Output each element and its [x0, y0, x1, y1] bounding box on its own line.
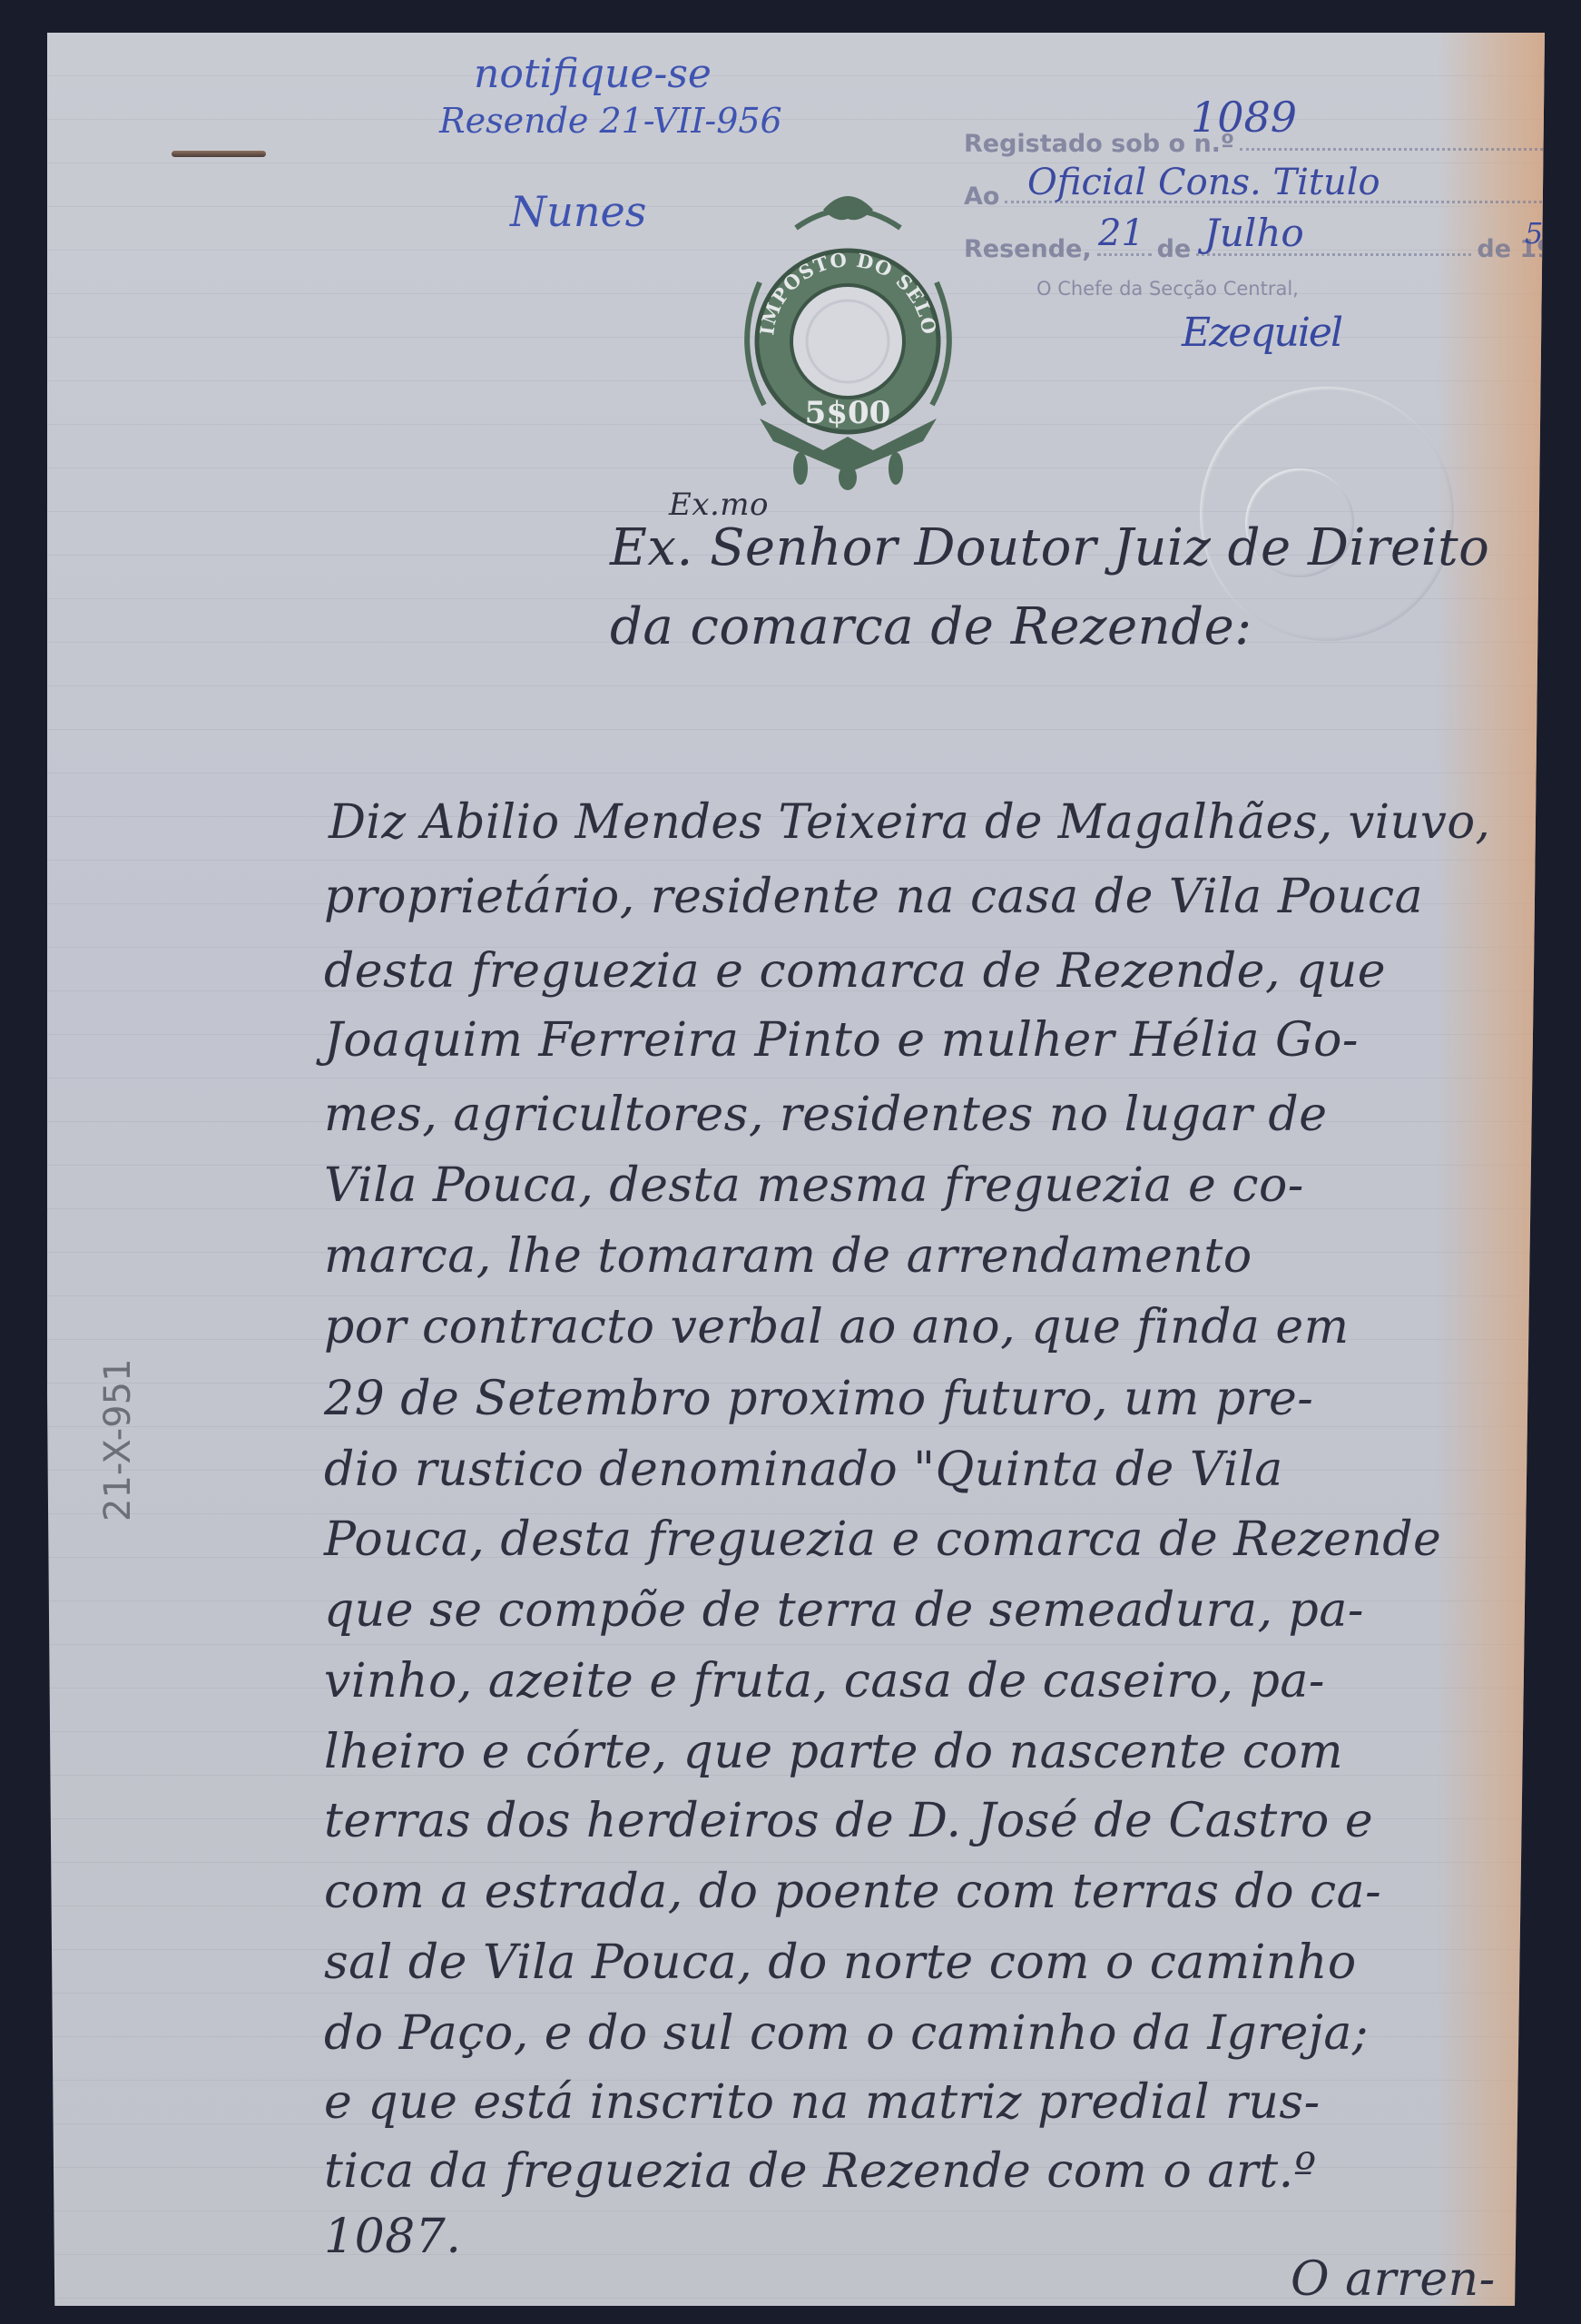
chief-signature: Ezequiel: [1182, 310, 1341, 356]
body-line: terras dos herdeiros de D. José de Castr…: [324, 1794, 1373, 1848]
month-value: Julho: [1204, 211, 1304, 255]
to-value: Oficial Cons. Titulo: [1027, 162, 1380, 203]
body-line: 1087.: [324, 2210, 461, 2264]
body-line: Joaquim Ferreira Pinto e mulher Hélia Go…: [324, 1013, 1359, 1068]
margin-date-note: 21-X-951: [97, 1358, 139, 1521]
body-line: por contracto verbal ao ano, que finda e…: [324, 1300, 1350, 1354]
continuation-word: O arren-: [1291, 2252, 1496, 2307]
body-line: sal de Vila Pouca, do norte com o caminh…: [324, 1935, 1357, 1990]
body-line: marca, lhe tomaram de arrendamento: [324, 1229, 1252, 1284]
body-line: lheiro e córte, que parte do nascente co…: [324, 1725, 1343, 1779]
body-line: com a estrada, do poente com terras do c…: [324, 1865, 1381, 1919]
chief-label: O Chefe da Secção Central,: [1036, 278, 1299, 300]
body-line: Vila Pouca, desta mesma freguezia e co-: [324, 1158, 1304, 1213]
salutation-line-1: Ex. Senhor Doutor Juiz de Direito: [610, 518, 1489, 577]
body-line: vinho, azeite e fruta, casa de caseiro, …: [324, 1654, 1325, 1709]
body-line: mes, agricultores, residentes no lugar d…: [324, 1088, 1328, 1142]
salutation-prefix: Ex.mo: [669, 487, 769, 523]
body-line: tica da freguezia de Rezende com o art.º: [324, 2144, 1317, 2199]
notation-line-2: Resende 21-VII-956: [439, 101, 782, 141]
registration-date-row: Resende, de de 19 21 Julho 56: [964, 211, 1554, 263]
notation-line-1: notifique-se: [474, 51, 712, 97]
registration-stamp: Registado sob o n.º 1089 Ao Oficial Cons…: [964, 105, 1554, 263]
to-label: Ao: [964, 182, 999, 211]
body-line: proprietário, residente na casa de Vila …: [324, 870, 1423, 924]
stamp-emblem-icon: IMPOSTO DO SELO 5$00: [723, 182, 973, 491]
day-value: 21: [1098, 212, 1144, 254]
body-line: e que está inscrito na matriz predial ru…: [324, 2075, 1321, 2130]
notation-line-3: Nunes: [510, 187, 646, 236]
body-line: Pouca, desta freguezia e comarca de Reze…: [324, 1512, 1441, 1567]
document-page: notifique-se Resende 21-VII-956 Nunes IM…: [47, 33, 1545, 2306]
body-line: desta freguezia e comarca de Rezende, qu…: [324, 944, 1386, 999]
registration-to-row: Ao Oficial Cons. Titulo: [964, 158, 1554, 211]
registration-number-row: Registado sob o n.º 1089: [964, 105, 1554, 158]
body-line: que se compõe de terra de semeadura, pa-: [324, 1583, 1364, 1638]
body-line: 29 de Setembro proximo futuro, um pre-: [324, 1372, 1313, 1426]
place-label: Resende,: [964, 235, 1092, 263]
body-line: dio rustico denominado "Quinta de Vila: [324, 1443, 1283, 1497]
de-label: de: [1157, 235, 1192, 263]
body-line: do Paço, e do sul com o caminho da Igrej…: [324, 2006, 1369, 2061]
salutation-line-2: da comarca de Rezende:: [610, 597, 1252, 656]
body-line: Diz Abilio Mendes Teixeira de Magalhães,…: [329, 795, 1490, 850]
svg-text:5$00: 5$00: [805, 395, 891, 431]
binding-mark: [172, 151, 266, 157]
registered-number: 1089: [1191, 93, 1297, 142]
revenue-stamp: IMPOSTO DO SELO 5$00 IMPOSTO DO SELO: [723, 182, 973, 491]
year-suffix: 56: [1525, 216, 1562, 251]
